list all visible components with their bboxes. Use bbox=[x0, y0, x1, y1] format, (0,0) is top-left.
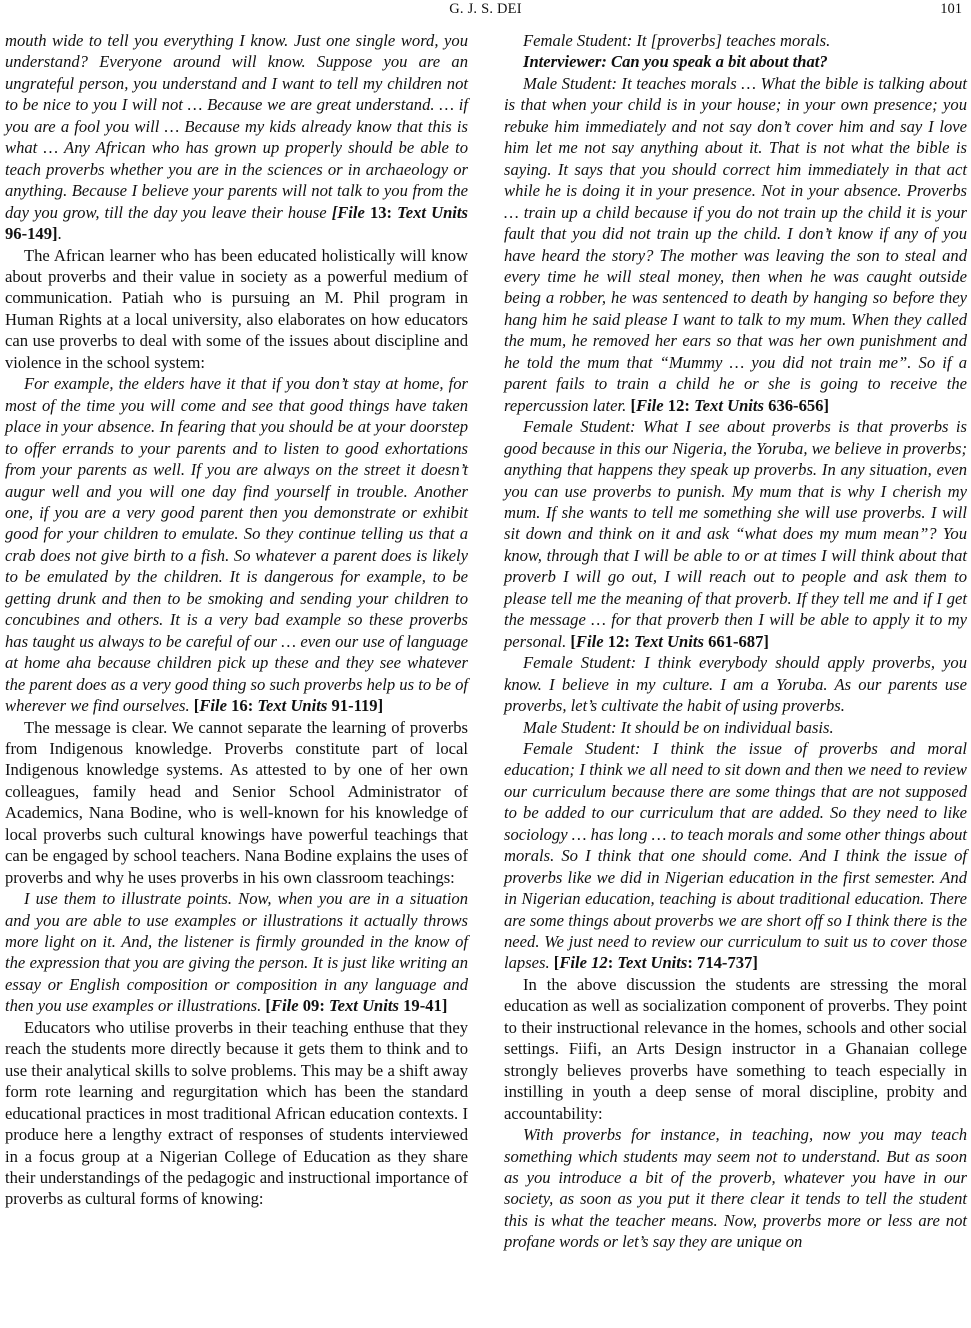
citation-file-number: 12: bbox=[604, 632, 634, 651]
citation-file: File bbox=[576, 632, 604, 651]
dialogue-text: : What I see about proverbs is that prov… bbox=[504, 417, 967, 651]
quote-continuation: mouth wide to tell you everything I know… bbox=[5, 30, 468, 245]
dialogue-line: Female Student: I think everybody should… bbox=[504, 652, 967, 716]
citation-range: 96-149] bbox=[5, 224, 58, 243]
interviewer-question: Interviewer: Can you speak a bit about t… bbox=[504, 51, 967, 72]
dialogue-line: Female Student: What I see about proverb… bbox=[504, 416, 967, 652]
body-paragraph: In the above discussion the students are… bbox=[504, 974, 967, 1124]
dialogue-text: : Can you speak a bit about that? bbox=[601, 52, 827, 71]
citation-open: [ bbox=[327, 203, 338, 222]
citation-units: Text Units bbox=[257, 696, 327, 715]
citation-file: File bbox=[271, 996, 299, 1015]
dialogue-text: : I think the issue of proverbs and mora… bbox=[504, 739, 967, 973]
citation: [File 12: Text Units 661-687] bbox=[566, 632, 769, 651]
citation: [File 12: Text Units: 714-737] bbox=[550, 953, 758, 972]
citation-range: 636-656] bbox=[764, 396, 829, 415]
speaker-label: Female Student bbox=[523, 31, 627, 50]
body-paragraph: Educators who utilise proverbs in their … bbox=[5, 1017, 468, 1210]
citation-file-number: 12 bbox=[587, 953, 608, 972]
citation-range: 661-687] bbox=[704, 632, 769, 651]
citation-units: Text Units bbox=[634, 632, 704, 651]
citation-units: Text Units bbox=[329, 996, 399, 1015]
page-number: 101 bbox=[940, 1, 962, 18]
citation: [File 09: Text Units 19-41] bbox=[261, 996, 447, 1015]
body-paragraph: The African learner who has been educate… bbox=[5, 245, 468, 374]
citation-open: [ bbox=[566, 632, 576, 651]
citation-units: Text Units bbox=[694, 396, 764, 415]
speaker-label: Male Student bbox=[523, 74, 611, 93]
citation-file-number: 09: bbox=[299, 996, 329, 1015]
speaker-label: Female Student bbox=[523, 739, 635, 758]
dialogue-text: : It [proverbs] teaches morals. bbox=[627, 31, 831, 50]
citation-file: File bbox=[559, 953, 587, 972]
citation-file: File bbox=[337, 203, 365, 222]
right-column: Female Student: It [proverbs] teaches mo… bbox=[504, 30, 967, 1253]
block-quote-patiah: For example, the elders have it that if … bbox=[5, 373, 468, 716]
citation-file-number: 12: bbox=[664, 396, 694, 415]
citation: [File 12: Text Units 636-656] bbox=[626, 396, 829, 415]
running-head-author: G. J. S. DEI bbox=[0, 1, 971, 18]
punctuation: . bbox=[58, 224, 62, 243]
body-paragraph: The message is clear. We cannot separate… bbox=[5, 717, 468, 889]
citation-file-number: 13: bbox=[365, 203, 397, 222]
speaker-label: Interviewer bbox=[523, 52, 601, 71]
citation-range: 91-119] bbox=[327, 696, 383, 715]
speaker-label: Male Student bbox=[523, 718, 611, 737]
left-column: mouth wide to tell you everything I know… bbox=[5, 30, 468, 1210]
citation-open: [ bbox=[550, 953, 560, 972]
citation-colon: : bbox=[608, 953, 618, 972]
citation-file: File bbox=[199, 696, 227, 715]
dialogue-line: Female Student: It [proverbs] teaches mo… bbox=[504, 30, 967, 51]
citation: [File 16: Text Units 91-119] bbox=[190, 696, 383, 715]
speaker-label: Female Student bbox=[523, 417, 630, 436]
quote-text: For example, the elders have it that if … bbox=[5, 374, 468, 715]
dialogue-line: Female Student: I think the issue of pro… bbox=[504, 738, 967, 974]
dialogue-text: : It teaches morals … What the bible is … bbox=[504, 74, 967, 415]
citation-range: 19-41] bbox=[399, 996, 447, 1015]
dialogue-text: : It should be on individual basis. bbox=[611, 718, 834, 737]
citation-units: Text Units bbox=[617, 953, 687, 972]
page-header: G. J. S. DEI 101 bbox=[0, 0, 971, 22]
citation-range: : 714-737] bbox=[687, 953, 758, 972]
block-quote-fiifi: With proverbs for instance, in teaching,… bbox=[504, 1124, 967, 1253]
block-quote-nana-bodine: I use them to illustrate points. Now, wh… bbox=[5, 888, 468, 1017]
citation-open: [ bbox=[626, 396, 636, 415]
quote-text: mouth wide to tell you everything I know… bbox=[5, 31, 468, 222]
dialogue-line: Male Student: It should be on individual… bbox=[504, 717, 967, 738]
citation-file-number: 16: bbox=[227, 696, 257, 715]
dialogue-line: Male Student: It teaches morals … What t… bbox=[504, 73, 967, 416]
citation-open: [ bbox=[261, 996, 271, 1015]
speaker-label: Female Student bbox=[523, 653, 631, 672]
citation-units: Text Units bbox=[397, 203, 468, 222]
citation-open: [ bbox=[190, 696, 200, 715]
citation-file: File bbox=[636, 396, 664, 415]
